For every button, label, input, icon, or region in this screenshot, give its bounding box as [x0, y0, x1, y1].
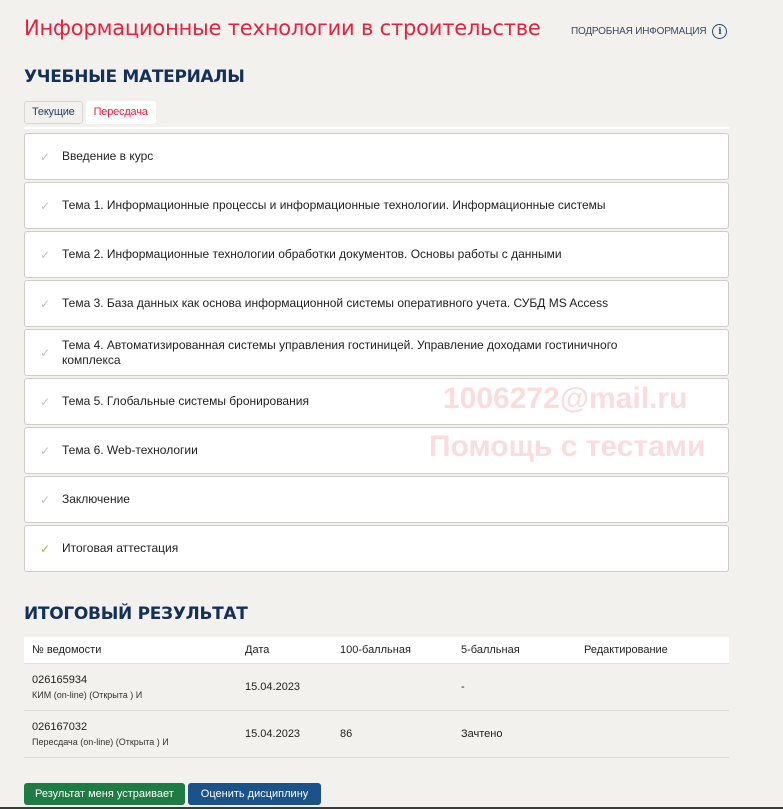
material-item-label: Тема 5. Глобальные системы бронирования: [62, 394, 399, 409]
table-row: 026165934 КИМ (on-line) (Открыта ) И 15.…: [24, 664, 729, 711]
materials-section-title: УЧЕБНЫЕ МАТЕРИАЛЫ: [24, 67, 245, 87]
material-item-label: Заключение: [62, 492, 220, 507]
materials-list: ✓ Введение в курс ✓ Тема 1. Информационн…: [24, 133, 729, 574]
score-100-cell: 86: [340, 728, 461, 740]
material-item-intro[interactable]: ✓ Введение в курс: [24, 133, 729, 180]
sheet-number: 026167032: [32, 721, 245, 733]
check-icon: ✓: [40, 493, 54, 507]
date-cell: 15.04.2023: [245, 728, 340, 740]
check-icon: ✓: [40, 199, 54, 213]
course-header: Информационные технологии в строительств…: [24, 16, 744, 48]
result-actions: Результат меня устраивает Оценить дисцип…: [24, 783, 321, 805]
sheet-type: КИМ (on-line) (Открыта ) И: [32, 690, 245, 700]
table-row: 026167032 Пересдача (on-line) (Открыта )…: [24, 711, 729, 758]
check-icon: ✓: [40, 542, 54, 556]
col-sheet-no: № ведомости: [24, 644, 245, 656]
material-item-topic-4[interactable]: ✓ Тема 4. Автоматизированная системы упр…: [24, 329, 729, 376]
material-item-label: Введение в курс: [62, 149, 243, 164]
sheet-cell: 026167032 Пересдача (on-line) (Открыта )…: [24, 721, 245, 747]
material-item-topic-1[interactable]: ✓ Тема 1. Информационные процессы и инфо…: [24, 182, 729, 229]
material-item-topic-2[interactable]: ✓ Тема 2. Информационные технологии обра…: [24, 231, 729, 278]
check-icon: ✓: [40, 150, 54, 164]
info-icon[interactable]: i: [712, 24, 727, 39]
sheet-type: Пересдача (on-line) (Открыта ) И: [32, 737, 245, 747]
material-item-final-attestation[interactable]: ✓ Итоговая аттестация: [24, 525, 729, 572]
col-date: Дата: [245, 644, 340, 656]
rate-discipline-button[interactable]: Оценить дисциплину: [188, 783, 322, 805]
date-cell: 15.04.2023: [245, 681, 340, 693]
col-score-5: 5-балльная: [461, 644, 584, 656]
material-item-conclusion[interactable]: ✓ Заключение: [24, 476, 729, 523]
material-item-label: Тема 2. Информационные технологии обрабо…: [62, 247, 652, 262]
col-score-100: 100-балльная: [340, 644, 461, 656]
check-icon: ✓: [40, 297, 54, 311]
material-item-topic-6[interactable]: ✓ Тема 6. Web-технологии: [24, 427, 729, 474]
more-info-label: ПОДРОБНАЯ ИНФОРМАЦИЯ: [571, 26, 706, 37]
course-title: Информационные технологии в строительств…: [24, 16, 541, 40]
check-icon: ✓: [40, 395, 54, 409]
material-item-label: Итоговая аттестация: [62, 541, 268, 556]
material-item-label: Тема 1. Информационные процессы и информ…: [62, 198, 696, 213]
score-5-cell: -: [461, 681, 584, 693]
tab-retake[interactable]: Пересдача: [86, 101, 156, 124]
check-icon: ✓: [40, 346, 54, 360]
results-table: № ведомости Дата 100-балльная 5-балльная…: [24, 637, 729, 758]
sheet-number: 026165934: [32, 674, 245, 686]
sheet-cell: 026165934 КИМ (on-line) (Открыта ) И: [24, 674, 245, 700]
check-icon: ✓: [40, 248, 54, 262]
check-icon: ✓: [40, 444, 54, 458]
material-item-topic-5[interactable]: ✓ Тема 5. Глобальные системы бронировани…: [24, 378, 729, 425]
materials-tabs: Текущие Пересдача: [24, 101, 156, 124]
tabs-divider: [24, 127, 729, 129]
results-section-title: ИТОГОВЫЙ РЕЗУЛЬТАТ: [24, 604, 248, 624]
more-info-link[interactable]: ПОДРОБНАЯ ИНФОРМАЦИЯ i: [571, 24, 727, 39]
table-header: № ведомости Дата 100-балльная 5-балльная…: [24, 637, 729, 664]
material-item-label: Тема 4. Автоматизированная системы управ…: [62, 338, 728, 368]
material-item-topic-3[interactable]: ✓ Тема 3. База данных как основа информа…: [24, 280, 729, 327]
material-item-label: Тема 6. Web-технологии: [62, 443, 288, 458]
material-item-label: Тема 3. База данных как основа информаци…: [62, 296, 698, 311]
accept-result-button[interactable]: Результат меня устраивает: [24, 783, 185, 805]
tab-current[interactable]: Текущие: [24, 101, 83, 124]
col-edit: Редактирование: [584, 644, 729, 656]
score-5-cell: Зачтено: [461, 728, 584, 740]
